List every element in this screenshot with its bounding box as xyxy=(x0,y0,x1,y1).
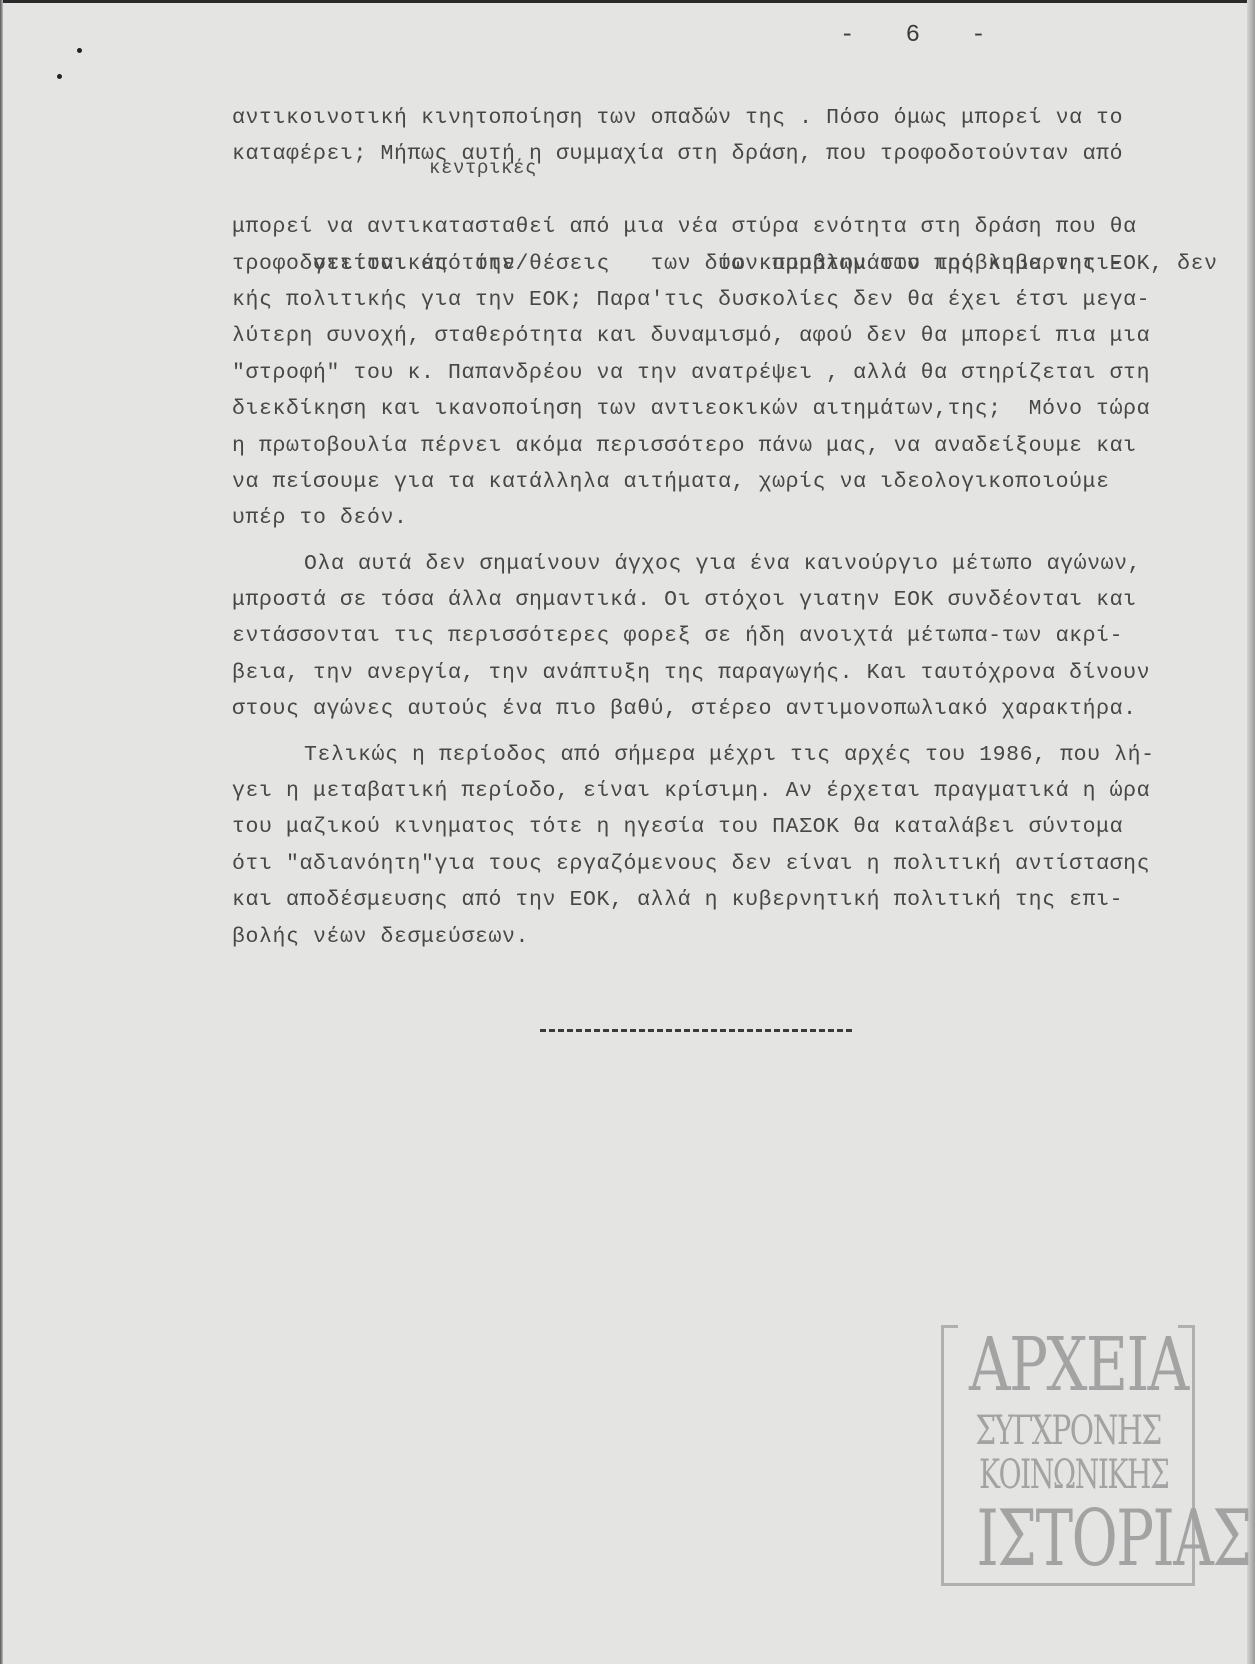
interlinear-insertion: κεντρικές xyxy=(429,159,537,178)
text-line: τροφοδοτείται από την των προβλημάτων τη… xyxy=(232,246,1242,282)
scan-edge-left xyxy=(0,0,3,1664)
text-line: βεια, την ανεργία, την ανάπτυξη της παρα… xyxy=(232,655,1242,691)
stamp-line: ΙΣΤΟΡΙΑΣ xyxy=(977,1497,1160,1581)
text-line: διεκδίκηση και ικανοποίηση των αντιεοκικ… xyxy=(232,391,1242,427)
page-number: - 6 - xyxy=(840,22,988,49)
text-line: μπροστά σε τόσα άλλα σημαντικά. Οι στόχο… xyxy=(232,582,1242,618)
text-line: Τελικώς η περίοδος από σήμερα μέχρι τις … xyxy=(232,737,1242,773)
scan-edge-right xyxy=(1247,0,1255,1664)
text-line: αντικοινοτική κινητοποίηση των οπαδών τη… xyxy=(232,100,1242,136)
stamp-line: ΣΥΓΧΡΟΝΗΣ xyxy=(974,1409,1162,1453)
text-line: και αποδέσμευσης από την ΕΟΚ, αλλά η κυβ… xyxy=(232,882,1242,918)
text-line: βολής νέων δεσμεύσεων. xyxy=(232,919,1242,955)
text-line: κεντρικές γειτονικές τότε/θέσεις των δύο… xyxy=(232,173,1242,209)
stamp-line: ΚΟΙΝΩΝΙΚΗΣ xyxy=(979,1453,1157,1497)
dashed-separator xyxy=(540,1029,852,1032)
text-line: ότι "αδιανόητη"για τους εργαζόμενους δεν… xyxy=(232,846,1242,882)
archive-stamp: ΑΡΧΕΙΑ ΣΥΓΧΡΟΝΗΣ ΚΟΙΝΩΝΙΚΗΣ ΙΣΤΟΡΙΑΣ xyxy=(941,1325,1191,1587)
scan-speck xyxy=(57,74,62,79)
paragraph-1: αντικοινοτική κινητοποίηση των οπαδών τη… xyxy=(232,100,1242,537)
document-body: αντικοινοτική κινητοποίηση των οπαδών τη… xyxy=(232,100,1242,955)
text-line: "στροφή" του κ. Παπανδρέου να την ανατρέ… xyxy=(232,355,1242,391)
text-line: γει η μεταβατική περίοδο, είναι κρίσιμη.… xyxy=(232,773,1242,809)
text-line: στους αγώνες αυτούς ένα πιο βαθύ, στέρεο… xyxy=(232,691,1242,727)
scan-speck xyxy=(77,48,82,53)
paragraph-2: Ολα αυτά δεν σημαίνουν άγχος για ένα και… xyxy=(232,546,1242,728)
text-line: κής πολιτικής για την ΕΟΚ; Παρα'τις δυσκ… xyxy=(232,282,1242,318)
text-line: να πείσουμε για τα κατάλληλα αιτήματα, χ… xyxy=(232,464,1242,500)
text-line: καταφέρει; Μήπως αυτή η συμμαχία στη δρά… xyxy=(232,136,1242,172)
paragraph-gap xyxy=(232,537,1242,546)
text-line: του μαζικού κινηματος τότε η ηγεσία του … xyxy=(232,809,1242,845)
scan-edge-top xyxy=(0,0,1255,3)
text-line: υπέρ το δεόν. xyxy=(232,500,1242,536)
stamp-line: ΑΡΧΕΙΑ xyxy=(969,1325,1167,1405)
text-line: Ολα αυτά δεν σημαίνουν άγχος για ένα και… xyxy=(232,546,1242,582)
text-line: λύτερη συνοχή, σταθερότητα και δυναμισμό… xyxy=(232,318,1242,354)
text-line: μπορεί να αντικατασταθεί από μια νέα στύ… xyxy=(232,209,1242,245)
paragraph-gap xyxy=(232,728,1242,737)
text-line: εντάσσονται τις περισσότερες φορεξ σε ήδ… xyxy=(232,618,1242,654)
paragraph-3: Τελικώς η περίοδος από σήμερα μέχρι τις … xyxy=(232,737,1242,955)
text-line: η πρωτοβουλία πέρνει ακόμα περισσότερο π… xyxy=(232,428,1242,464)
